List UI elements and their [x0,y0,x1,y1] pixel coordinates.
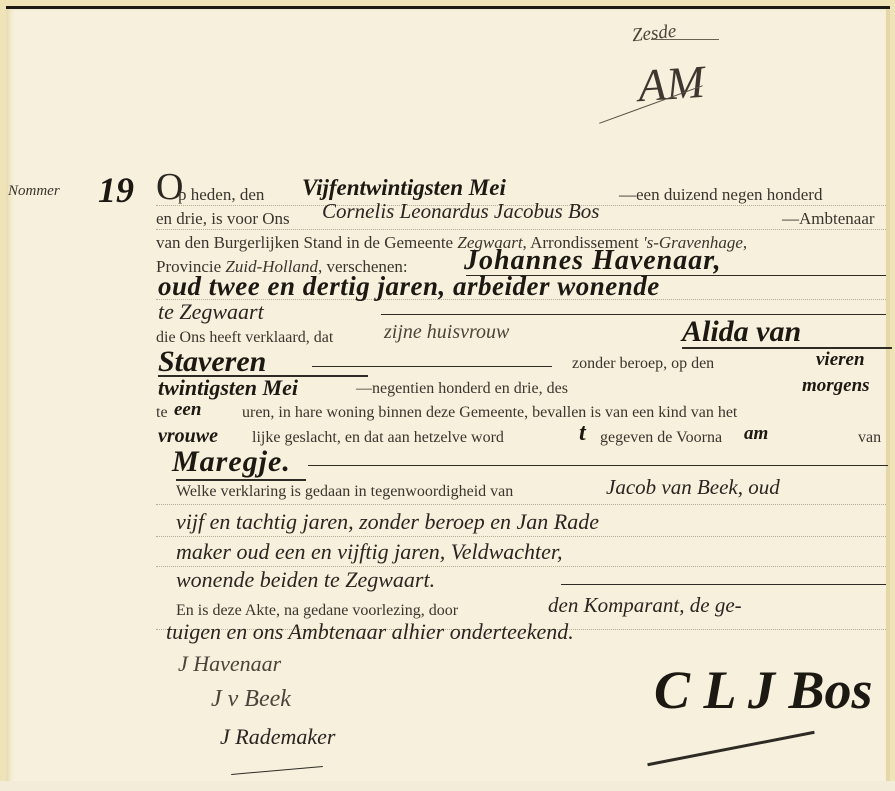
handwritten-child-name: Maregje. [172,445,291,479]
print-text: en drie, is voor Ons [156,209,290,229]
handwritten-witness2-details: maker oud een en vijftig jaren, Veldwach… [176,539,563,565]
handwritten-age-occupation: oud twee en dertig jaren, arbeider wonen… [158,271,660,302]
signature-witness2: J Rademaker [220,724,335,750]
print-text: gegeven de Voorna [600,429,722,447]
print-fragment: , [743,233,747,252]
handwritten-hour: een [174,399,201,421]
handwritten-residence: te Zegwaart [158,299,264,325]
print-text: uren, in hare woning binnen deze Gemeent… [242,404,737,422]
signature-witness1: J v Beek [211,686,291,713]
guide-line [156,504,886,505]
handwritten-witness-residence: wonende beiden te Zegwaart. [176,567,435,593]
fill-line [381,314,886,315]
handwritten-witness-details: vijf en tachtig jaren, zonder beroep en … [176,509,599,535]
print-text: van [858,429,881,447]
print-text: zonder beroep, op den [572,355,714,373]
handwritten-mother-name: Alida van [682,315,801,349]
print-text: En is deze Akte, na gedane voorlezing, d… [176,602,458,620]
handwritten-date: Vijfentwintigsten Mei [302,175,506,201]
handwritten-day: vieren [816,349,865,371]
handwritten-letters: am [744,423,768,445]
signature-flourish [647,731,814,766]
guide-line [156,536,886,537]
document-page: Zesde AM Nommer 19 O p heden, den Vijfen… [6,6,890,784]
underline [176,479,306,481]
print-text: Welke verklaring is gedaan in tegenwoord… [176,483,513,501]
print-text: te [156,404,168,422]
handwritten-official-name: Cornelis Leonardus Jacobus Bos [322,199,599,224]
handwritten-signers: den Komparant, de ge- [548,593,742,618]
signature-flourish [231,766,323,775]
print-text: —negentien honderd en drie, des [356,380,568,398]
page-edge [886,9,890,784]
record-number: 19 [98,169,134,211]
handwritten-mother-surname: Staveren [158,345,266,379]
handwritten-witness1: Jacob van Beek, oud [606,475,780,500]
handwritten-signing-clause: tuigen en ons Ambtenaar alhier onderteek… [166,619,574,645]
scan-bottom-edge [0,781,895,791]
signature-official: C L J Bos [654,659,873,721]
signature-father: J Havenaar [178,651,281,677]
handwritten-day-cont: twintigsten Mei [158,375,298,401]
print-text: p heden, den [178,185,264,205]
handwritten-relation: zijne huisvrouw [384,321,509,344]
fill-line [308,465,888,466]
guide-line [156,229,886,230]
fill-line [561,584,886,585]
marginal-underline [651,39,719,40]
print-text: —een duizend negen honderd [619,185,822,205]
handwritten-letter: t [579,420,586,447]
fill-line [312,366,552,367]
handwritten-time-of-day: morgens [802,375,870,397]
nommer-label: Nommer [8,183,60,200]
print-text: —Ambtenaar [782,209,875,229]
marginal-initials: AM [636,55,706,113]
print-fragment: van den Burgerlijken Stand in de Gemeent… [156,233,453,252]
marginal-note-zesde: Zesde [631,21,677,48]
